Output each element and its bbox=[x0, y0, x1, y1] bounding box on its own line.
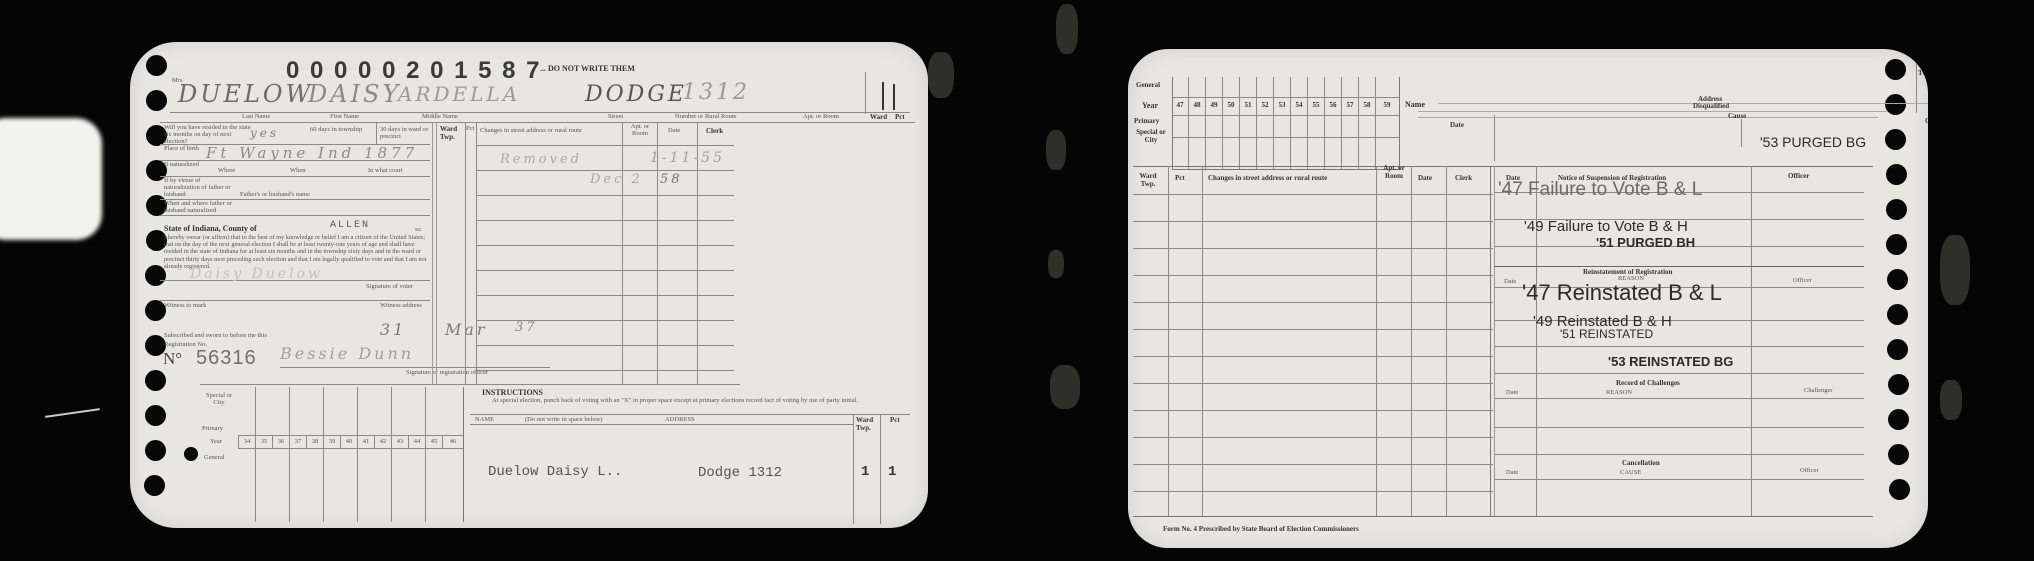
year-cell: 35 bbox=[256, 436, 273, 448]
subscribed-label: Subscribed and sworn to before me this bbox=[164, 332, 267, 339]
top-grid-label-primary: Primary bbox=[1134, 117, 1159, 125]
subscribed-month: Mar bbox=[445, 320, 488, 339]
challenges-col-challenger: Challenger bbox=[1804, 387, 1833, 394]
ward-label-top: Ward bbox=[870, 113, 887, 121]
footer-address-value: Dodge 1312 bbox=[698, 465, 782, 481]
year-cell: 58 bbox=[1359, 77, 1376, 169]
top-grid-label-general: General bbox=[1136, 81, 1160, 89]
suspension-col-officer: Officer bbox=[1788, 172, 1809, 180]
year-cell: 41 bbox=[358, 436, 375, 448]
naturalized-label: If naturalized bbox=[164, 161, 204, 168]
year-cell: 46 bbox=[443, 436, 463, 448]
challenges-col-date: Date bbox=[1506, 389, 1518, 396]
last-name-label: Last Name bbox=[242, 113, 270, 120]
signature-voter-label: Signature of voter bbox=[366, 283, 413, 290]
purge-stamp: '53 PURGED BG bbox=[1760, 134, 1866, 150]
oath-text: I hereby swear (or affirm) that to the b… bbox=[164, 234, 429, 270]
col-changes: Changes in street address or rural route bbox=[480, 127, 582, 134]
suspension-entry-3: '51 PURGED BH bbox=[1596, 235, 1695, 250]
back-col-apt: Apt. or Room bbox=[1379, 164, 1409, 180]
ward-pct-marks bbox=[882, 82, 884, 110]
residence-question: Will you have resided in the state six m… bbox=[164, 124, 254, 145]
apt-label-top: Apt. or Room bbox=[803, 113, 839, 120]
year-cell: 54 bbox=[1291, 77, 1308, 169]
subscribed-year: 37 bbox=[515, 320, 538, 335]
col-apt: Apt. or Room bbox=[627, 123, 653, 137]
middle-name-label: Middle Name bbox=[422, 113, 458, 120]
ward-pct-marks bbox=[893, 84, 895, 110]
year-cell: 39 bbox=[324, 436, 341, 448]
dust-artifact bbox=[1046, 130, 1066, 170]
year-cell: 44 bbox=[409, 436, 426, 448]
residence-marks: yes bbox=[250, 126, 279, 140]
footer-pct-value: 1 bbox=[888, 464, 896, 480]
thread-artifact bbox=[45, 408, 100, 418]
street-label: Street bbox=[608, 113, 623, 120]
house-number-value: 1312 bbox=[682, 80, 750, 105]
year-cell: 45 bbox=[426, 436, 443, 448]
reinstatement-col-officer: Officer bbox=[1793, 277, 1812, 284]
dust-artifact bbox=[1940, 380, 1962, 420]
year-cell: 47 bbox=[1172, 77, 1189, 169]
challenges-title: Record of Challenges bbox=[1616, 379, 1680, 387]
form-footer: Form No. 4 Prescribed by State Board of … bbox=[1163, 525, 1359, 533]
last-name-value: DUELOW bbox=[178, 80, 313, 108]
back-col-date: Date bbox=[1418, 174, 1432, 182]
naturalized-where-label: Where bbox=[218, 167, 235, 174]
father-when-where-label: When and where father or husband natural… bbox=[164, 200, 246, 214]
pct-label-top: Pct bbox=[895, 113, 905, 121]
oath-state-label: State of Indiana, County of bbox=[164, 225, 257, 233]
col-date: Date bbox=[668, 127, 680, 134]
disqualified-label: Disqualified bbox=[1693, 102, 1729, 110]
header-clerk: Clerk bbox=[1925, 117, 1928, 125]
back-col-clerk: Clerk bbox=[1455, 174, 1472, 182]
residence-60-days: 60 days in township bbox=[310, 126, 365, 133]
year-cell: 40 bbox=[341, 436, 358, 448]
instructions-title: INSTRUCTIONS bbox=[482, 389, 543, 397]
year-cell: 57 bbox=[1342, 77, 1359, 169]
subscribed-day: 31 bbox=[380, 320, 406, 339]
top-grid-label-special: Special or City bbox=[1136, 128, 1166, 144]
street-value: DODGE bbox=[585, 82, 687, 107]
footer-name-value: Duelow Daisy L.. bbox=[488, 464, 622, 480]
year-cell: 42 bbox=[375, 436, 392, 448]
year-cell: 34 bbox=[239, 436, 256, 448]
dust-artifact bbox=[928, 52, 954, 98]
year-cell: 59 bbox=[1376, 77, 1398, 169]
reinstatement-col-date: Date bbox=[1504, 278, 1516, 285]
back-col-pct: Pct bbox=[1175, 174, 1185, 182]
right-registration-card-back: General Year Primary Special or City 47 … bbox=[1128, 49, 1928, 548]
middle-name-value: ARDELLA bbox=[398, 82, 520, 106]
date-label-header: Date bbox=[1450, 121, 1464, 129]
footer-do-not-write: (Do not write in space below) bbox=[525, 416, 602, 423]
glare-artifact bbox=[0, 118, 102, 240]
left-registration-card: 0 0 0 0 0 2 0 1 5 8 7 ... DO NOT WRITE T… bbox=[130, 42, 928, 528]
officer-signature: Bessie Dunn bbox=[280, 344, 414, 363]
dust-artifact bbox=[1056, 4, 1078, 54]
reinstatement-entry-4: '53 REINSTATED BG bbox=[1608, 354, 1733, 369]
change-entry-2-date: 58 bbox=[660, 172, 683, 187]
header-note: ... DO NOT WRITE THEM bbox=[540, 65, 635, 73]
name-label: Name bbox=[1405, 101, 1425, 109]
top-grid-label-year: Year bbox=[1142, 102, 1158, 110]
grid-label-special: Special or City bbox=[204, 392, 234, 406]
header-ward-twp: Ward Twp. bbox=[1918, 61, 1928, 77]
year-cell: 50 bbox=[1223, 77, 1240, 169]
county-value: ALLEN bbox=[330, 220, 370, 231]
grid-label-primary: Primary bbox=[202, 425, 223, 432]
voter-signature: Daisy Duelow bbox=[190, 266, 323, 282]
witness-mark-label: Witness to mark bbox=[164, 302, 206, 309]
year-cell: 37 bbox=[290, 436, 307, 448]
place-of-birth-label: Place of birth bbox=[164, 145, 204, 152]
dust-artifact bbox=[1050, 365, 1080, 409]
change-entry-2: Dec 2 bbox=[590, 172, 643, 187]
instructions-text: At special election, punch back of votin… bbox=[492, 397, 902, 404]
reinstatement-entry-3: '51 REINSTATED bbox=[1560, 327, 1653, 341]
year-cell: 53 bbox=[1274, 77, 1291, 169]
footer-ward-value: 1 bbox=[861, 464, 869, 480]
cause-label: Cause bbox=[1728, 112, 1746, 120]
year-cell: 49 bbox=[1206, 77, 1223, 169]
col-clerk: Clerk bbox=[706, 127, 723, 135]
col-ward-twp: Ward Twp. bbox=[440, 125, 464, 141]
year-cell: 43 bbox=[392, 436, 409, 448]
year-cell: 52 bbox=[1257, 77, 1274, 169]
grid-label-year: Year bbox=[210, 438, 222, 445]
back-col-changes: Changes in street address or rural route bbox=[1208, 174, 1327, 182]
year-grid-left: 34 35 36 37 38 39 40 41 42 43 44 45 46 bbox=[238, 435, 464, 449]
suspension-entry-1: '47 Failure to Vote B & L bbox=[1498, 179, 1702, 201]
cancellation-col-cause: CAUSE bbox=[1620, 469, 1641, 476]
cancellation-title: Cancellation bbox=[1622, 459, 1660, 467]
dust-artifact bbox=[1940, 235, 1970, 305]
cancellation-col-date: Date bbox=[1506, 469, 1518, 476]
cancellation-col-officer: Officer bbox=[1800, 467, 1819, 474]
footer-address-label: ADDRESS bbox=[665, 416, 695, 423]
card-number: 56316 bbox=[196, 347, 257, 370]
year-cell: 56 bbox=[1325, 77, 1342, 169]
col-pct: Pct bbox=[466, 125, 474, 132]
footer-ward-label: Ward Twp. bbox=[856, 416, 878, 432]
year-cell: 55 bbox=[1308, 77, 1325, 169]
year-cell: 38 bbox=[307, 436, 324, 448]
suspension-entry-2: '49 Failure to Vote B & H bbox=[1524, 218, 1688, 235]
year-cell: 51 bbox=[1240, 77, 1257, 169]
number-symbol: N° bbox=[163, 349, 182, 369]
grid-label-general: General bbox=[204, 454, 225, 461]
footer-pct-label: Pct bbox=[890, 416, 900, 424]
naturalized-court-label: In what court bbox=[368, 167, 403, 174]
number-label: Number or Rural Route bbox=[675, 113, 737, 120]
change-entry-1-date: 1-11-55 bbox=[650, 150, 725, 166]
dust-artifact bbox=[1048, 250, 1064, 278]
year-cell: 48 bbox=[1189, 77, 1206, 169]
witness-address-label: Witness address bbox=[380, 302, 422, 309]
reinstatement-entry-1: '47 Reinstated B & L bbox=[1522, 280, 1722, 306]
footer-name-label: NAME bbox=[475, 416, 494, 423]
first-name-value: DAISY bbox=[308, 80, 401, 108]
year-row-right: 47 48 49 50 51 52 53 54 55 56 57 58 59 bbox=[1172, 98, 1398, 116]
challenges-col-reason: REASON bbox=[1606, 389, 1632, 396]
back-col-ward-twp: Ward Twp. bbox=[1134, 172, 1162, 188]
year-cell: 36 bbox=[273, 436, 290, 448]
father-naturalization-label: If by virtue of naturalization of father… bbox=[164, 177, 234, 198]
first-name-label: First Name bbox=[330, 113, 359, 120]
change-entry-1: Removed bbox=[500, 152, 582, 167]
naturalized-when-label: When bbox=[290, 167, 306, 174]
oath-ss: ss: bbox=[415, 226, 422, 233]
father-name-label: Father's or husband's name bbox=[240, 191, 310, 198]
